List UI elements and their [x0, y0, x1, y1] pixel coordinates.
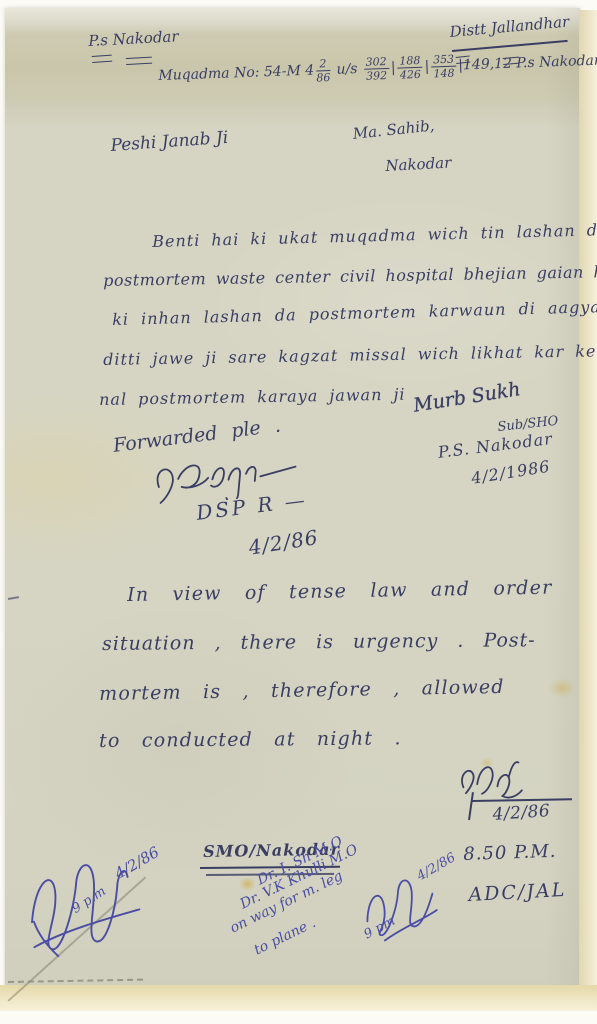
adc-signature-scrawl: [455, 754, 525, 804]
underlying-sheet-edge-bottom: [0, 985, 597, 1011]
underline-mark: [126, 57, 152, 65]
paper-stain: [549, 678, 575, 698]
addressee-right-line2: Nakodar: [385, 155, 452, 175]
adc-time: 8.50 P.M.: [463, 842, 557, 865]
scanned-document-page: { "colors": { "ink": "#3a3e63", "ink_bri…: [0, 0, 597, 1024]
order-line: situation , there is urgency . Post-: [102, 630, 536, 655]
fraction-section: 302392: [363, 56, 389, 82]
separator-bar: |: [424, 59, 429, 75]
separator-bar: |: [391, 60, 396, 76]
fraction-section: 188426: [397, 55, 423, 81]
case-number-prefix: Muqadma No: 54-M 4: [158, 63, 314, 84]
underlying-sheet-edge-right: [579, 10, 597, 996]
underline-mark: [92, 55, 112, 63]
case-number-suffix: |149,12 P.s Nakodar: [458, 53, 597, 74]
under-section-label: u/s: [336, 61, 357, 78]
fraction-year: 286: [316, 58, 331, 83]
adc-date: 4/2/86: [492, 802, 551, 825]
fraction-section: 353148: [431, 54, 457, 80]
order-line: to conducted at night .: [99, 728, 402, 752]
